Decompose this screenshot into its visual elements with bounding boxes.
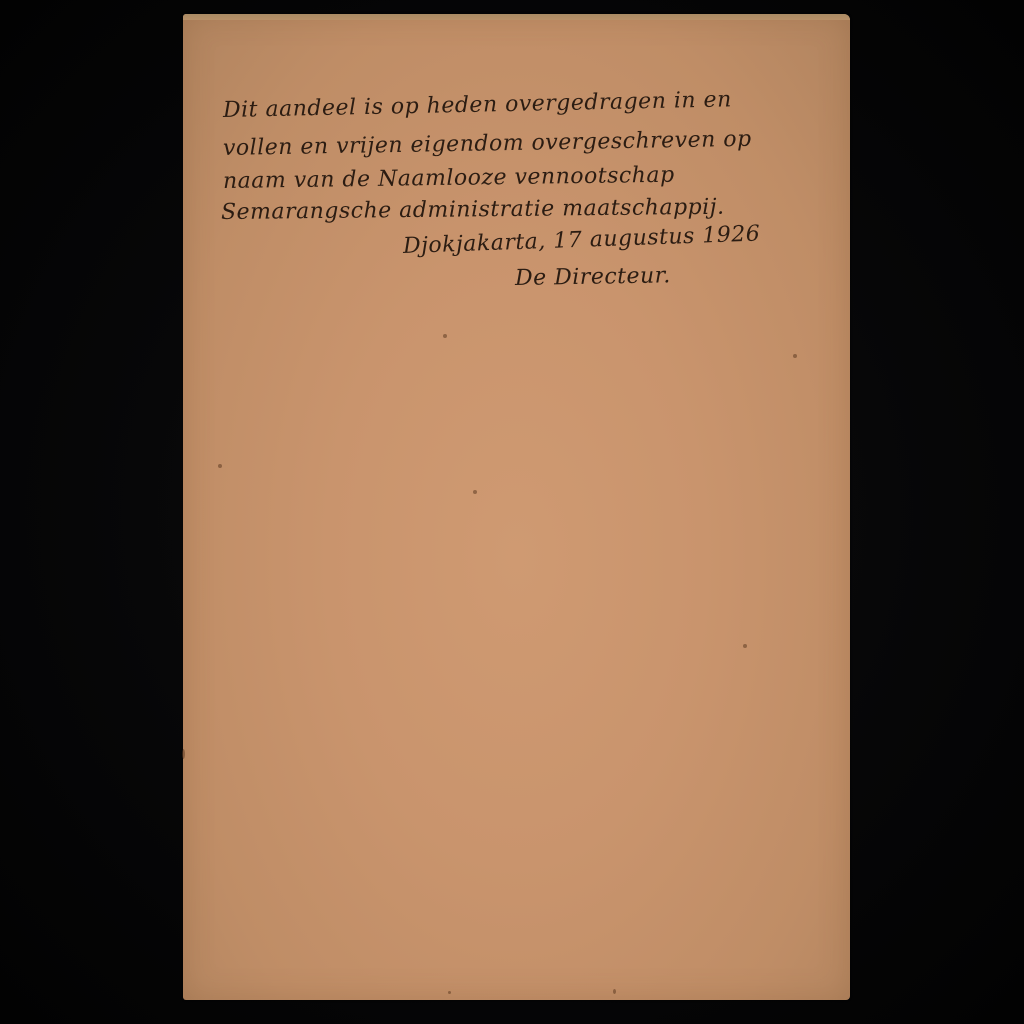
body-line-4: Semarangsche administratie maatschappij.: [221, 195, 725, 225]
paper-speck: [743, 644, 747, 648]
paper-speck: [793, 354, 797, 358]
signature-line: De Directeur.: [515, 263, 671, 291]
place-date-line: Djokjakarta, 17 augustus 1926: [403, 222, 761, 259]
body-line-2: vollen en vrijen eigendom overgeschreven…: [223, 127, 752, 161]
document-page: Dit aandeel is op heden overgedragen in …: [183, 14, 850, 1000]
paper-edge-nick: [182, 749, 185, 759]
paper-speck: [473, 490, 477, 494]
body-line-3: naam van de Naamlooze vennootschap: [223, 163, 675, 194]
paper-speck: [218, 464, 222, 468]
paper-speck: [443, 334, 447, 338]
body-line-1: Dit aandeel is op heden overgedragen in …: [223, 87, 732, 123]
paper-speck: [613, 989, 616, 994]
paper-speck: [448, 991, 451, 994]
paper-top-edge: [183, 14, 850, 20]
